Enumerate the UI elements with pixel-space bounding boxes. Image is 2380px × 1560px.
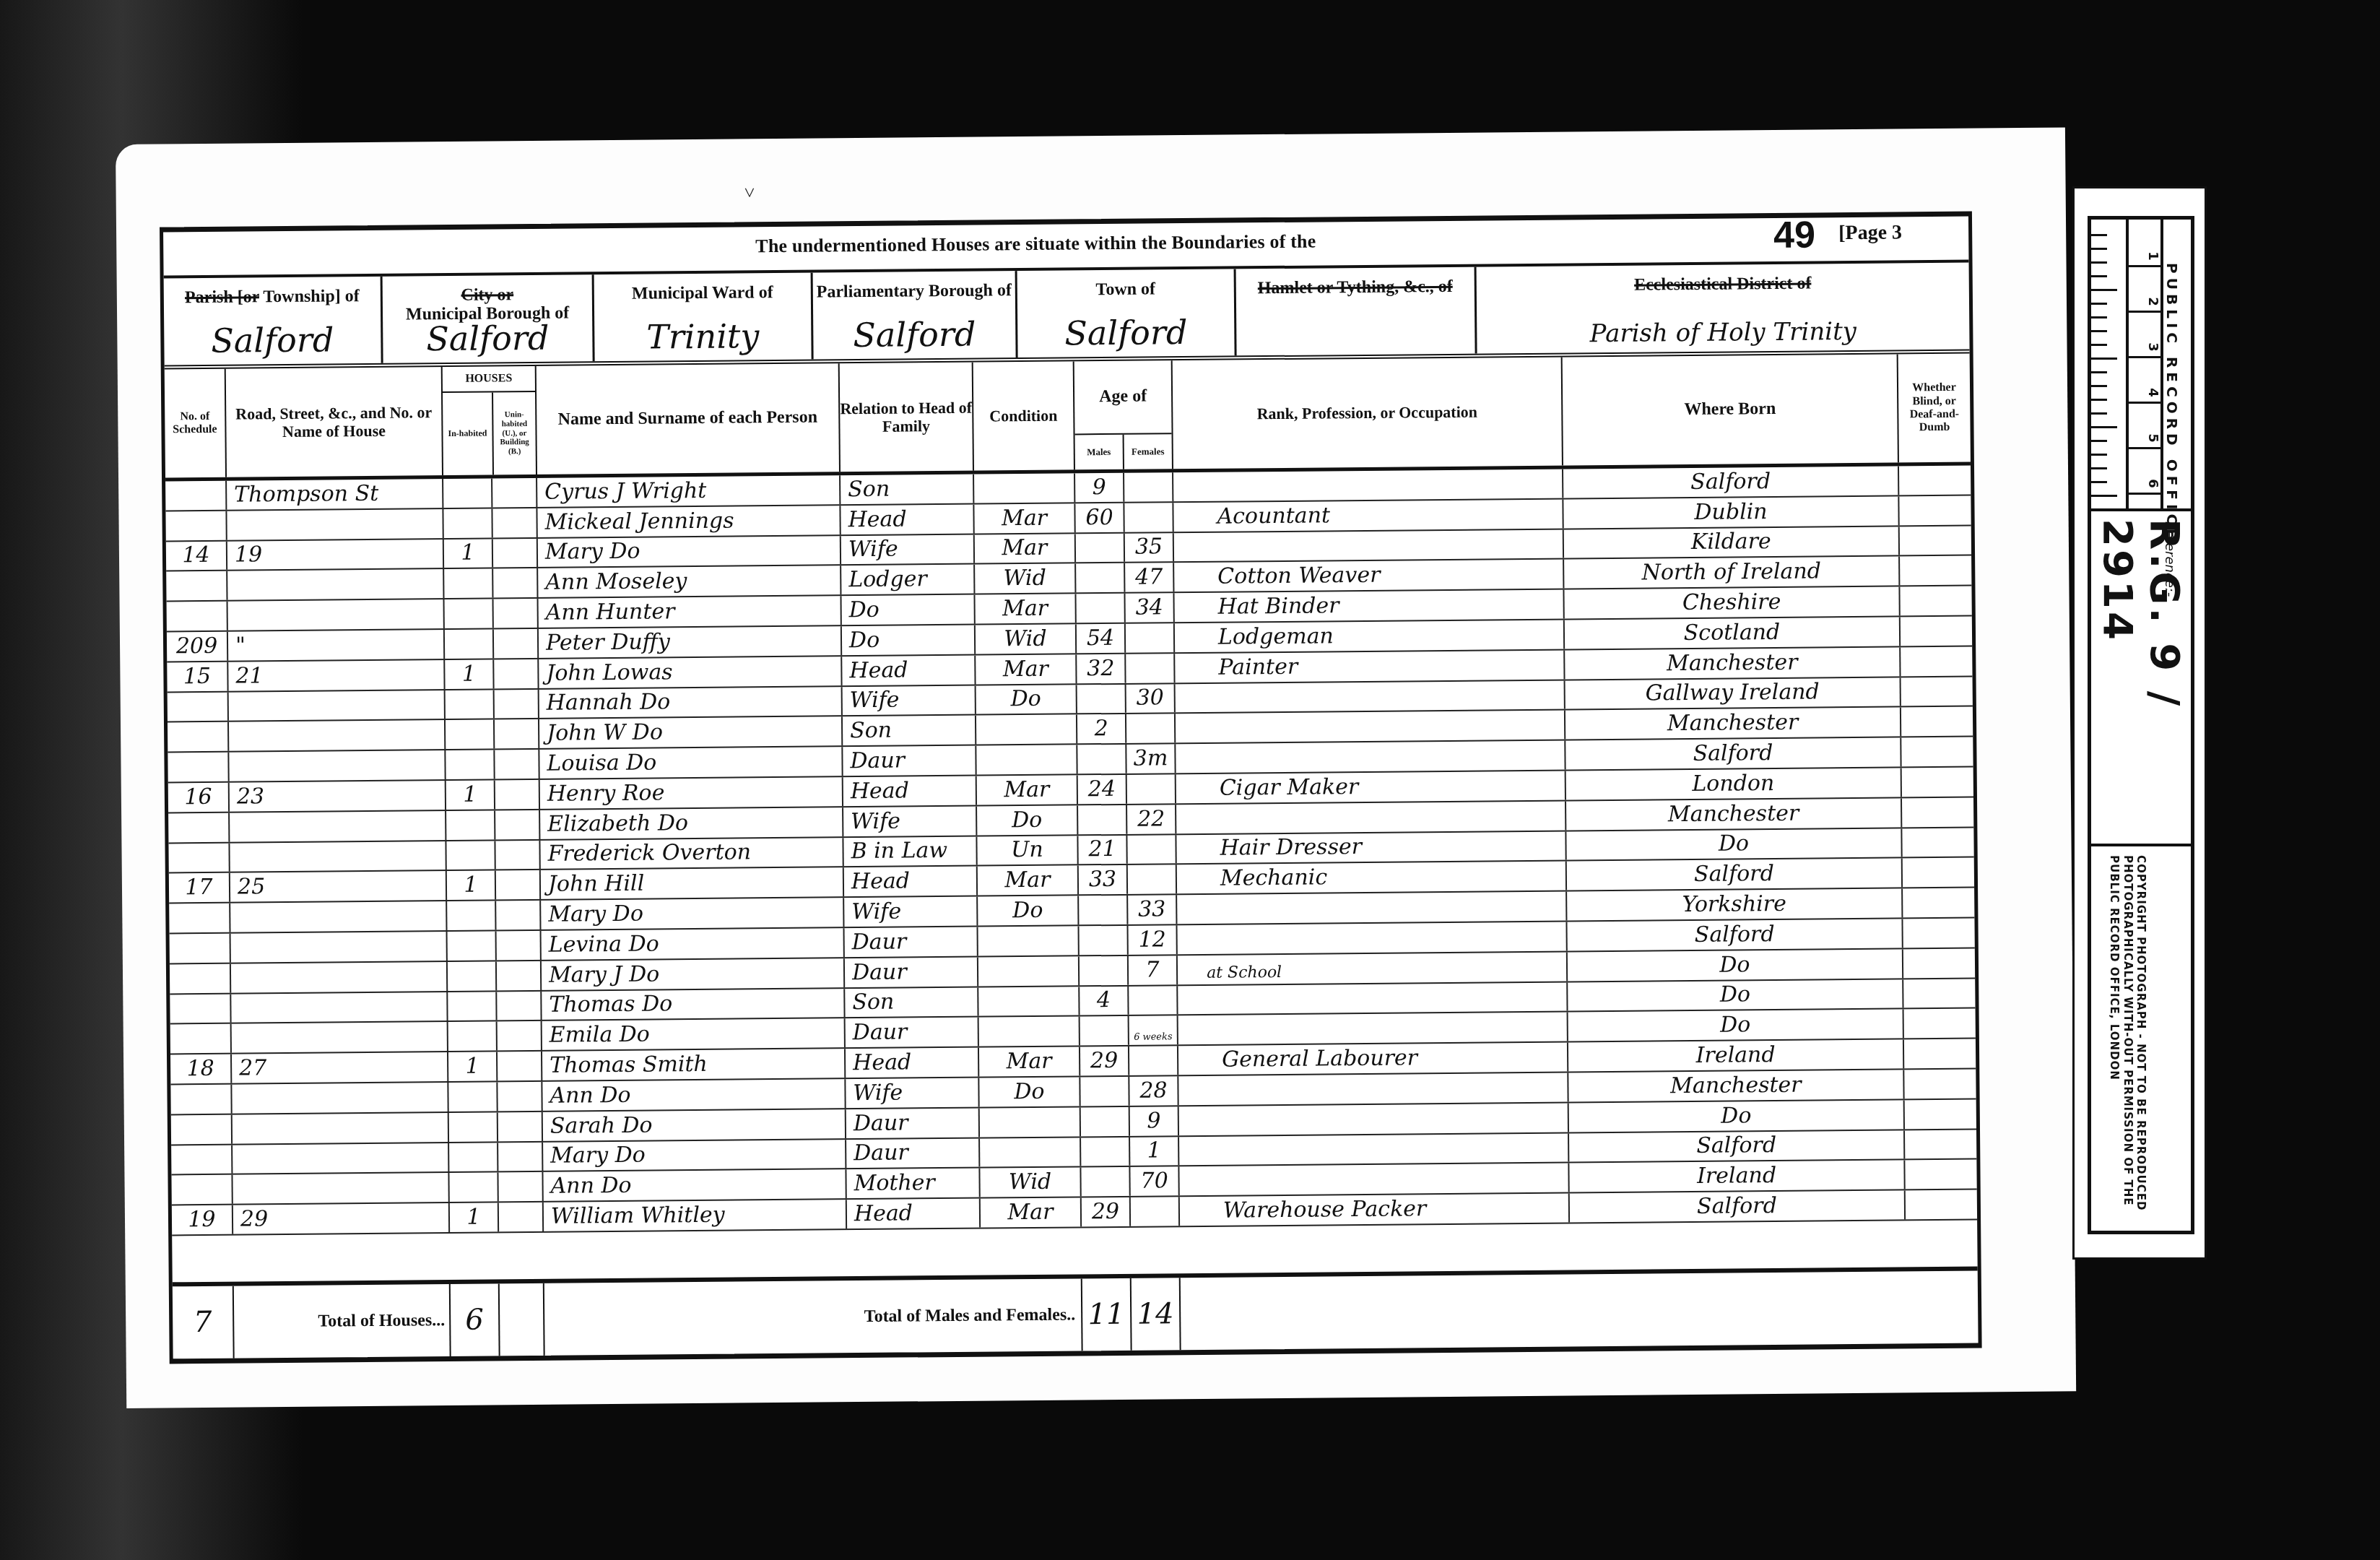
header-schedule: No. of Schedule <box>165 369 227 478</box>
cell-where-born: Manchester <box>1568 1070 1904 1101</box>
cell-occupation <box>1174 529 1564 562</box>
cell-condition: Mar <box>975 534 1076 563</box>
ruler-tick <box>2091 440 2107 442</box>
cell-inhabited <box>446 720 495 749</box>
cell-blind <box>1904 1009 1976 1039</box>
cell-uninhabited <box>494 629 539 658</box>
census-form: The undermentioned Houses are situate wi… <box>160 212 1982 1364</box>
cell-street <box>231 992 448 1023</box>
cell-occupation: at School <box>1178 952 1568 984</box>
cell-female-age: 3m <box>1126 744 1176 773</box>
cell-name: Ann Hunter <box>539 596 842 627</box>
cell-uninhabited <box>495 719 539 748</box>
header-occupation: Rank, Profession, or Occupation <box>1173 357 1563 469</box>
cell-female-age <box>1126 654 1175 682</box>
cell-schedule <box>166 571 227 601</box>
cell-inhabited <box>446 690 495 719</box>
cell-street: 23 <box>230 781 446 811</box>
cell-occupation: General Labourer <box>1178 1043 1568 1075</box>
cell-occupation <box>1176 741 1565 773</box>
cell-occupation <box>1179 1133 1569 1166</box>
cell-inhabited <box>446 841 495 870</box>
cell-schedule <box>167 602 228 631</box>
cell-where-born: Do <box>1568 979 1903 1011</box>
scale-cell: 2 <box>2126 265 2160 313</box>
cell-occupation <box>1173 469 1563 502</box>
cell-female-age: 47 <box>1125 563 1174 592</box>
total-persons-label: Total of Males and Females.. <box>864 1305 1076 1327</box>
cell-male-age <box>1077 745 1126 773</box>
total-females: 14 <box>1137 1297 1174 1330</box>
cell-male-age <box>1080 956 1129 985</box>
cell-condition: Do <box>979 1077 1080 1106</box>
ruler-tick <box>2091 316 2107 318</box>
cell-blind <box>1901 677 1973 706</box>
cell-female-age: 70 <box>1130 1167 1179 1196</box>
scale-number: 3 <box>2145 342 2160 352</box>
cell-name: Thomas Do <box>542 989 845 1020</box>
cell-schedule <box>168 722 229 752</box>
scale-cell: 6 <box>2126 447 2160 495</box>
ruler-tick <box>2091 454 2107 456</box>
cell-blind <box>1899 495 1971 525</box>
cell-male-age: 21 <box>1078 835 1127 864</box>
cell-condition: Un <box>977 836 1078 865</box>
census-page: ˅ The undermentioned Houses are situate … <box>116 127 2076 1408</box>
cell-inhabited <box>449 1112 498 1141</box>
cell-schedule: 19 <box>172 1205 233 1235</box>
cell-female-age: 35 <box>1125 533 1174 562</box>
inch-ruler <box>2091 220 2129 508</box>
boundary-label-struck: Hamlet or Tything, &c., of <box>1258 277 1453 298</box>
cell-relation: Wife <box>846 1078 979 1108</box>
ruler-tick <box>2091 275 2107 277</box>
cell-street: " <box>228 630 445 660</box>
cell-male-age: 4 <box>1080 986 1129 1015</box>
boundary-value: Salford <box>383 318 592 359</box>
cell-male-age: 54 <box>1077 624 1126 653</box>
cell-condition: Mar <box>981 1198 1082 1228</box>
cell-name: Louisa Do <box>539 747 843 778</box>
cell-occupation: Painter <box>1175 650 1565 682</box>
cell-male-age <box>1081 1167 1130 1196</box>
cell-uninhabited <box>493 539 538 568</box>
cell-inhabited <box>443 478 492 507</box>
cell-condition: Wid <box>976 624 1077 654</box>
cell-name: John Hill <box>541 868 844 899</box>
cell-female-age <box>1129 1046 1178 1075</box>
cell-blind <box>1905 1130 1976 1159</box>
cell-relation: Mother <box>846 1169 980 1198</box>
cell-occupation: Hat Binder <box>1174 590 1564 623</box>
cell-name: Frederick Overton <box>540 838 843 869</box>
ruler-tick <box>2091 481 2107 483</box>
cell-name: Levina Do <box>542 928 845 959</box>
cell-relation: Head <box>847 1199 981 1228</box>
cell-condition: Mar <box>974 503 1075 533</box>
cell-schedule <box>168 843 230 872</box>
cell-occupation <box>1179 1103 1569 1135</box>
cell-relation: Lodger <box>841 565 975 594</box>
ruler-tick <box>2091 412 2107 415</box>
cell-female-age <box>1127 774 1176 803</box>
cell-male-age: 2 <box>1077 714 1126 743</box>
cell-male-age <box>1077 684 1126 713</box>
cell-female-age: 28 <box>1129 1076 1178 1105</box>
header-street: Road, Street, &c., and No. or Name of Ho… <box>226 367 443 477</box>
cell-condition: Wid <box>975 564 1076 594</box>
cell-female-age: 34 <box>1125 593 1174 622</box>
cell-relation: Wife <box>841 534 975 564</box>
cell-where-born: Dublin <box>1563 496 1899 528</box>
cell-uninhabited <box>496 870 541 899</box>
cell-male-age <box>1079 896 1128 924</box>
cell-blind <box>1905 1160 1976 1189</box>
cell-where-born: Salford <box>1565 738 1901 770</box>
cell-name: Mickeal Jennings <box>537 506 841 537</box>
cell-uninhabited <box>495 689 539 718</box>
cell-blind <box>1901 646 1972 676</box>
cell-schedule <box>169 903 230 933</box>
boundaries-row: Parish [or Township] of Salford City orM… <box>164 263 1970 370</box>
cell-occupation <box>1176 711 1565 743</box>
cell-occupation: Cigar Maker <box>1176 771 1566 803</box>
cell-where-born: Cheshire <box>1564 587 1900 619</box>
cell-where-born: North of Ireland <box>1564 557 1900 589</box>
cell-relation: Daur <box>843 746 976 776</box>
scale-number: 5 <box>2145 433 2160 443</box>
cell-where-born: London <box>1566 768 1902 799</box>
cell-schedule: 14 <box>166 541 227 571</box>
cell-name: Ann Do <box>543 1170 846 1201</box>
cell-where-born: Manchester <box>1566 798 1902 830</box>
cell-name: Thomas Smith <box>542 1049 846 1080</box>
cell-condition: Mar <box>975 594 1076 624</box>
boundary-label: Town of <box>1017 279 1234 300</box>
cell-name: Ann Do <box>542 1079 846 1110</box>
page-mark: ˅ <box>744 182 755 204</box>
cell-female-age: 33 <box>1128 895 1177 924</box>
cell-uninhabited <box>497 991 542 1020</box>
cell-name: Ann Moseley <box>538 566 841 597</box>
ruler-tick <box>2091 248 2107 250</box>
cell-name: William Whitley <box>544 1200 847 1231</box>
cell-male-age <box>1081 1137 1130 1166</box>
cell-inhabited <box>448 961 497 990</box>
header-inhabited: In-habited <box>443 392 494 475</box>
boundary-label: Township] of <box>259 287 360 306</box>
cell-female-age: 1 <box>1130 1137 1179 1166</box>
cell-name: Henry Roe <box>540 777 843 808</box>
cell-blind <box>1901 707 1973 737</box>
ruler-tick <box>2091 261 2107 264</box>
cell-name: Elizabeth Do <box>540 807 843 838</box>
cell-blind <box>1900 586 1971 616</box>
ruler-tick <box>2091 289 2117 291</box>
cell-occupation <box>1178 1072 1568 1105</box>
cell-condition <box>978 956 1080 986</box>
ruler-tick <box>2091 385 2107 387</box>
cell-uninhabited <box>498 1082 542 1111</box>
boundary-value: Salford <box>1017 312 1234 353</box>
scale-number: 4 <box>2145 388 2160 397</box>
cell-condition <box>974 473 1075 503</box>
ruler-tick <box>2091 344 2107 346</box>
boundary-label: Parliamentary Borough of <box>813 281 1015 302</box>
cell-female-age <box>1128 865 1177 894</box>
cell-street <box>230 841 446 872</box>
cell-blind <box>1901 737 1973 767</box>
cell-occupation <box>1176 680 1565 713</box>
cell-condition: Mar <box>978 866 1079 896</box>
scale-cell: 5 <box>2126 402 2160 449</box>
cell-inhabited <box>445 599 494 628</box>
cell-male-age <box>1078 805 1127 834</box>
cell-occupation: Mechanic <box>1177 862 1567 894</box>
cell-occupation <box>1179 1163 1569 1196</box>
cell-where-born: Kildare <box>1564 526 1900 558</box>
cell-relation: Wife <box>844 897 978 927</box>
cell-female-age <box>1129 986 1178 1015</box>
cell-street <box>231 932 448 962</box>
cell-where-born: Manchester <box>1565 708 1901 740</box>
cell-where-born: Salford <box>1567 859 1903 890</box>
cell-blind <box>1903 919 1974 948</box>
cell-blind <box>1904 1039 1976 1069</box>
cell-where-born: Scotland <box>1565 617 1901 649</box>
cell-occupation: Hair Dresser <box>1176 831 1566 864</box>
cell-relation: Wife <box>843 685 976 715</box>
cell-female-age <box>1124 472 1173 501</box>
cell-blind <box>1901 617 1972 646</box>
total-houses-value: 6 <box>465 1304 484 1337</box>
cell-street <box>231 962 448 992</box>
cell-occupation <box>1177 922 1567 954</box>
boundary-label: Municipal Ward of <box>594 283 811 304</box>
archive-reference-strip: 123456 PUBLIC RECORD OFFICE Reference:- … <box>2072 186 2207 1260</box>
cell-street <box>227 509 443 539</box>
cell-street <box>230 901 447 932</box>
form-title: The undermentioned Houses are situate wi… <box>755 230 1316 257</box>
cm-scale: 123456 <box>2126 220 2163 508</box>
cell-where-born: Manchester <box>1565 647 1901 679</box>
cell-where-born: Ireland <box>1569 1161 1905 1192</box>
cell-inhabited: 1 <box>447 871 496 900</box>
cell-condition <box>976 745 1077 775</box>
ruler-tick <box>2091 303 2107 305</box>
cell-uninhabited <box>498 1021 542 1050</box>
cell-male-age: 29 <box>1082 1197 1131 1226</box>
cell-uninhabited <box>497 931 542 960</box>
cell-name: Peter Duffy <box>539 626 842 657</box>
header-age-label: Age of <box>1074 360 1172 435</box>
cell-uninhabited <box>495 750 539 779</box>
header-houses: HOUSES In-habited Unin-habited (U.), or … <box>443 366 537 475</box>
header-males: Males <box>1075 435 1124 470</box>
cell-inhabited <box>448 992 497 1020</box>
cell-street: 29 <box>233 1203 450 1234</box>
cell-male-age: 33 <box>1079 865 1128 894</box>
cell-blind <box>1904 1070 1976 1099</box>
cell-blind <box>1905 1099 1976 1129</box>
cell-inhabited <box>447 901 496 930</box>
cell-inhabited: 1 <box>446 780 495 809</box>
cell-relation: Head <box>841 504 974 534</box>
ruler-tick <box>2091 399 2107 401</box>
header-relation: Relation to Head of Family <box>840 363 974 472</box>
cell-male-age: 9 <box>1075 473 1124 502</box>
cell-male-age: 60 <box>1075 503 1124 532</box>
cell-schedule <box>165 481 227 511</box>
cell-name: Mary J Do <box>542 958 845 989</box>
cell-street <box>227 569 444 599</box>
cell-condition: Do <box>976 685 1077 714</box>
cell-occupation <box>1178 1013 1568 1045</box>
header-houses-label: HOUSES <box>443 366 535 393</box>
boundary-hamlet: Hamlet or Tything, &c., of <box>1236 267 1477 356</box>
cell-uninhabited <box>494 599 539 628</box>
cell-condition: Mar <box>976 654 1077 684</box>
cell-relation: Son <box>845 987 978 1017</box>
cell-blind <box>1903 858 1974 888</box>
cell-schedule <box>170 934 231 963</box>
cell-inhabited <box>446 750 495 779</box>
cell-street <box>229 720 446 750</box>
boundary-label-struck: Parish [or <box>185 287 259 307</box>
cell-relation: Son <box>841 474 974 504</box>
cell-uninhabited <box>498 1142 543 1171</box>
cell-uninhabited <box>495 810 540 839</box>
cell-uninhabited <box>498 1172 543 1201</box>
boundary-ecclesiastical-district: Ecclesiastical District of Parish of Hol… <box>1477 263 1970 354</box>
cell-condition: Do <box>978 896 1079 926</box>
cell-inhabited <box>444 569 493 598</box>
cell-where-born: Ireland <box>1568 1040 1904 1072</box>
cell-where-born: Salford <box>1563 466 1899 498</box>
cell-relation: Head <box>844 867 978 896</box>
cell-female-age <box>1124 503 1173 532</box>
scale-cell: 4 <box>2126 356 2160 404</box>
cell-uninhabited <box>493 568 538 597</box>
office-label: PUBLIC RECORD OFFICE <box>2163 263 2181 543</box>
cell-inhabited <box>449 1173 498 1202</box>
scale-number: 2 <box>2145 297 2160 306</box>
cell-uninhabited <box>498 1052 542 1080</box>
cell-inhabited: 1 <box>448 1052 498 1081</box>
cell-schedule <box>171 1114 233 1144</box>
cell-condition <box>976 715 1077 745</box>
cell-blind <box>1899 466 1971 495</box>
cell-inhabited <box>448 1082 498 1111</box>
cell-occupation <box>1176 801 1566 833</box>
cell-street <box>233 1173 449 1203</box>
cell-where-born: Do <box>1568 1010 1904 1041</box>
cell-inhabited: 1 <box>445 659 494 688</box>
cell-name: Mary Do <box>543 1140 846 1171</box>
reference-box: Reference:- R.G. 9 / 2914 <box>2091 508 2191 846</box>
cell-where-born: Do <box>1569 1100 1905 1132</box>
cell-relation: Head <box>842 655 976 685</box>
cell-male-age <box>1080 1016 1129 1045</box>
cell-blind <box>1902 768 1973 797</box>
cell-male-age: 29 <box>1080 1046 1129 1075</box>
boundary-label-struck: City or <box>461 285 513 305</box>
total-schedules: 7 <box>194 1306 212 1339</box>
cell-uninhabited <box>497 961 542 990</box>
cell-female-age: 22 <box>1127 805 1176 833</box>
cell-occupation: Lodgeman <box>1175 620 1565 652</box>
cell-uninhabited <box>495 840 540 869</box>
cell-female-age: 9 <box>1130 1106 1179 1135</box>
cell-name: Emila Do <box>542 1019 846 1050</box>
cell-inhabited <box>445 629 494 658</box>
cell-where-born: Do <box>1566 828 1902 860</box>
cell-female-age: 7 <box>1129 955 1178 984</box>
totals-row: 7 Total of Houses... 6 Total of Males an… <box>173 1267 1979 1359</box>
cell-uninhabited <box>492 478 537 507</box>
cell-street <box>228 599 445 630</box>
cell-street: 25 <box>230 871 447 901</box>
cell-condition: Mar <box>977 775 1078 805</box>
cell-condition: Do <box>977 805 1078 835</box>
cell-uninhabited <box>496 901 541 929</box>
folio-number: 49 <box>1773 213 1815 257</box>
cell-schedule: 15 <box>167 662 228 691</box>
boundary-value: Salford <box>813 314 1015 355</box>
column-headers: No. of Schedule Road, Street, &c., and N… <box>165 354 1971 482</box>
cell-relation: B in Law <box>843 836 977 866</box>
total-houses-label: Total of Houses... <box>318 1311 445 1332</box>
cell-where-born: Salford <box>1570 1191 1906 1223</box>
cell-uninhabited <box>494 659 539 688</box>
cell-where-born: Do <box>1568 949 1903 981</box>
cell-inhabited <box>443 508 492 537</box>
cell-uninhabited <box>492 508 537 537</box>
header-females: Females <box>1124 434 1172 469</box>
ruler-tick <box>2091 357 2117 360</box>
boundary-municipal-borough: City orMunicipal Borough of Salford <box>383 274 595 363</box>
cell-inhabited <box>446 810 495 839</box>
boundary-parliamentary-borough: Parliamentary Borough of Salford <box>813 271 1018 359</box>
cell-name: Cyrus J Wright <box>537 475 841 506</box>
cell-condition <box>978 987 1080 1016</box>
cell-uninhabited <box>495 780 540 809</box>
cell-occupation: Acountant <box>1173 499 1563 532</box>
cell-schedule <box>170 994 231 1023</box>
cell-male-age <box>1076 533 1125 562</box>
cell-condition <box>980 1107 1081 1137</box>
census-rows: Thompson StCyrus J WrightSon9SalfordMick… <box>165 466 1977 1236</box>
cell-inhabited <box>449 1143 498 1171</box>
cell-schedule <box>171 1175 233 1205</box>
cell-street <box>233 1143 449 1174</box>
cell-street: 19 <box>227 539 444 570</box>
cell-male-age: 24 <box>1078 775 1127 804</box>
cell-condition <box>980 1137 1081 1167</box>
header-name: Name and Surname of each Person <box>537 363 841 474</box>
boundary-municipal-ward: Municipal Ward of Trinity <box>594 273 814 362</box>
cell-occupation <box>1178 982 1568 1015</box>
cell-female-age <box>1131 1197 1180 1226</box>
header-uninhabited: Unin-habited (U.), or Building (B.) <box>493 392 536 475</box>
cell-relation: Daur <box>846 1138 980 1168</box>
boundary-value: Parish of Holy Trinity <box>1477 316 1969 350</box>
cell-relation: Daur <box>846 1018 979 1047</box>
ruler-tick <box>2091 495 2117 497</box>
cell-name: John W Do <box>539 717 843 748</box>
copyright-notice: COPYRIGHT PHOTOGRAPH - NOT TO BE REPRODU… <box>2107 855 2147 1216</box>
ruler-tick <box>2091 234 2107 236</box>
